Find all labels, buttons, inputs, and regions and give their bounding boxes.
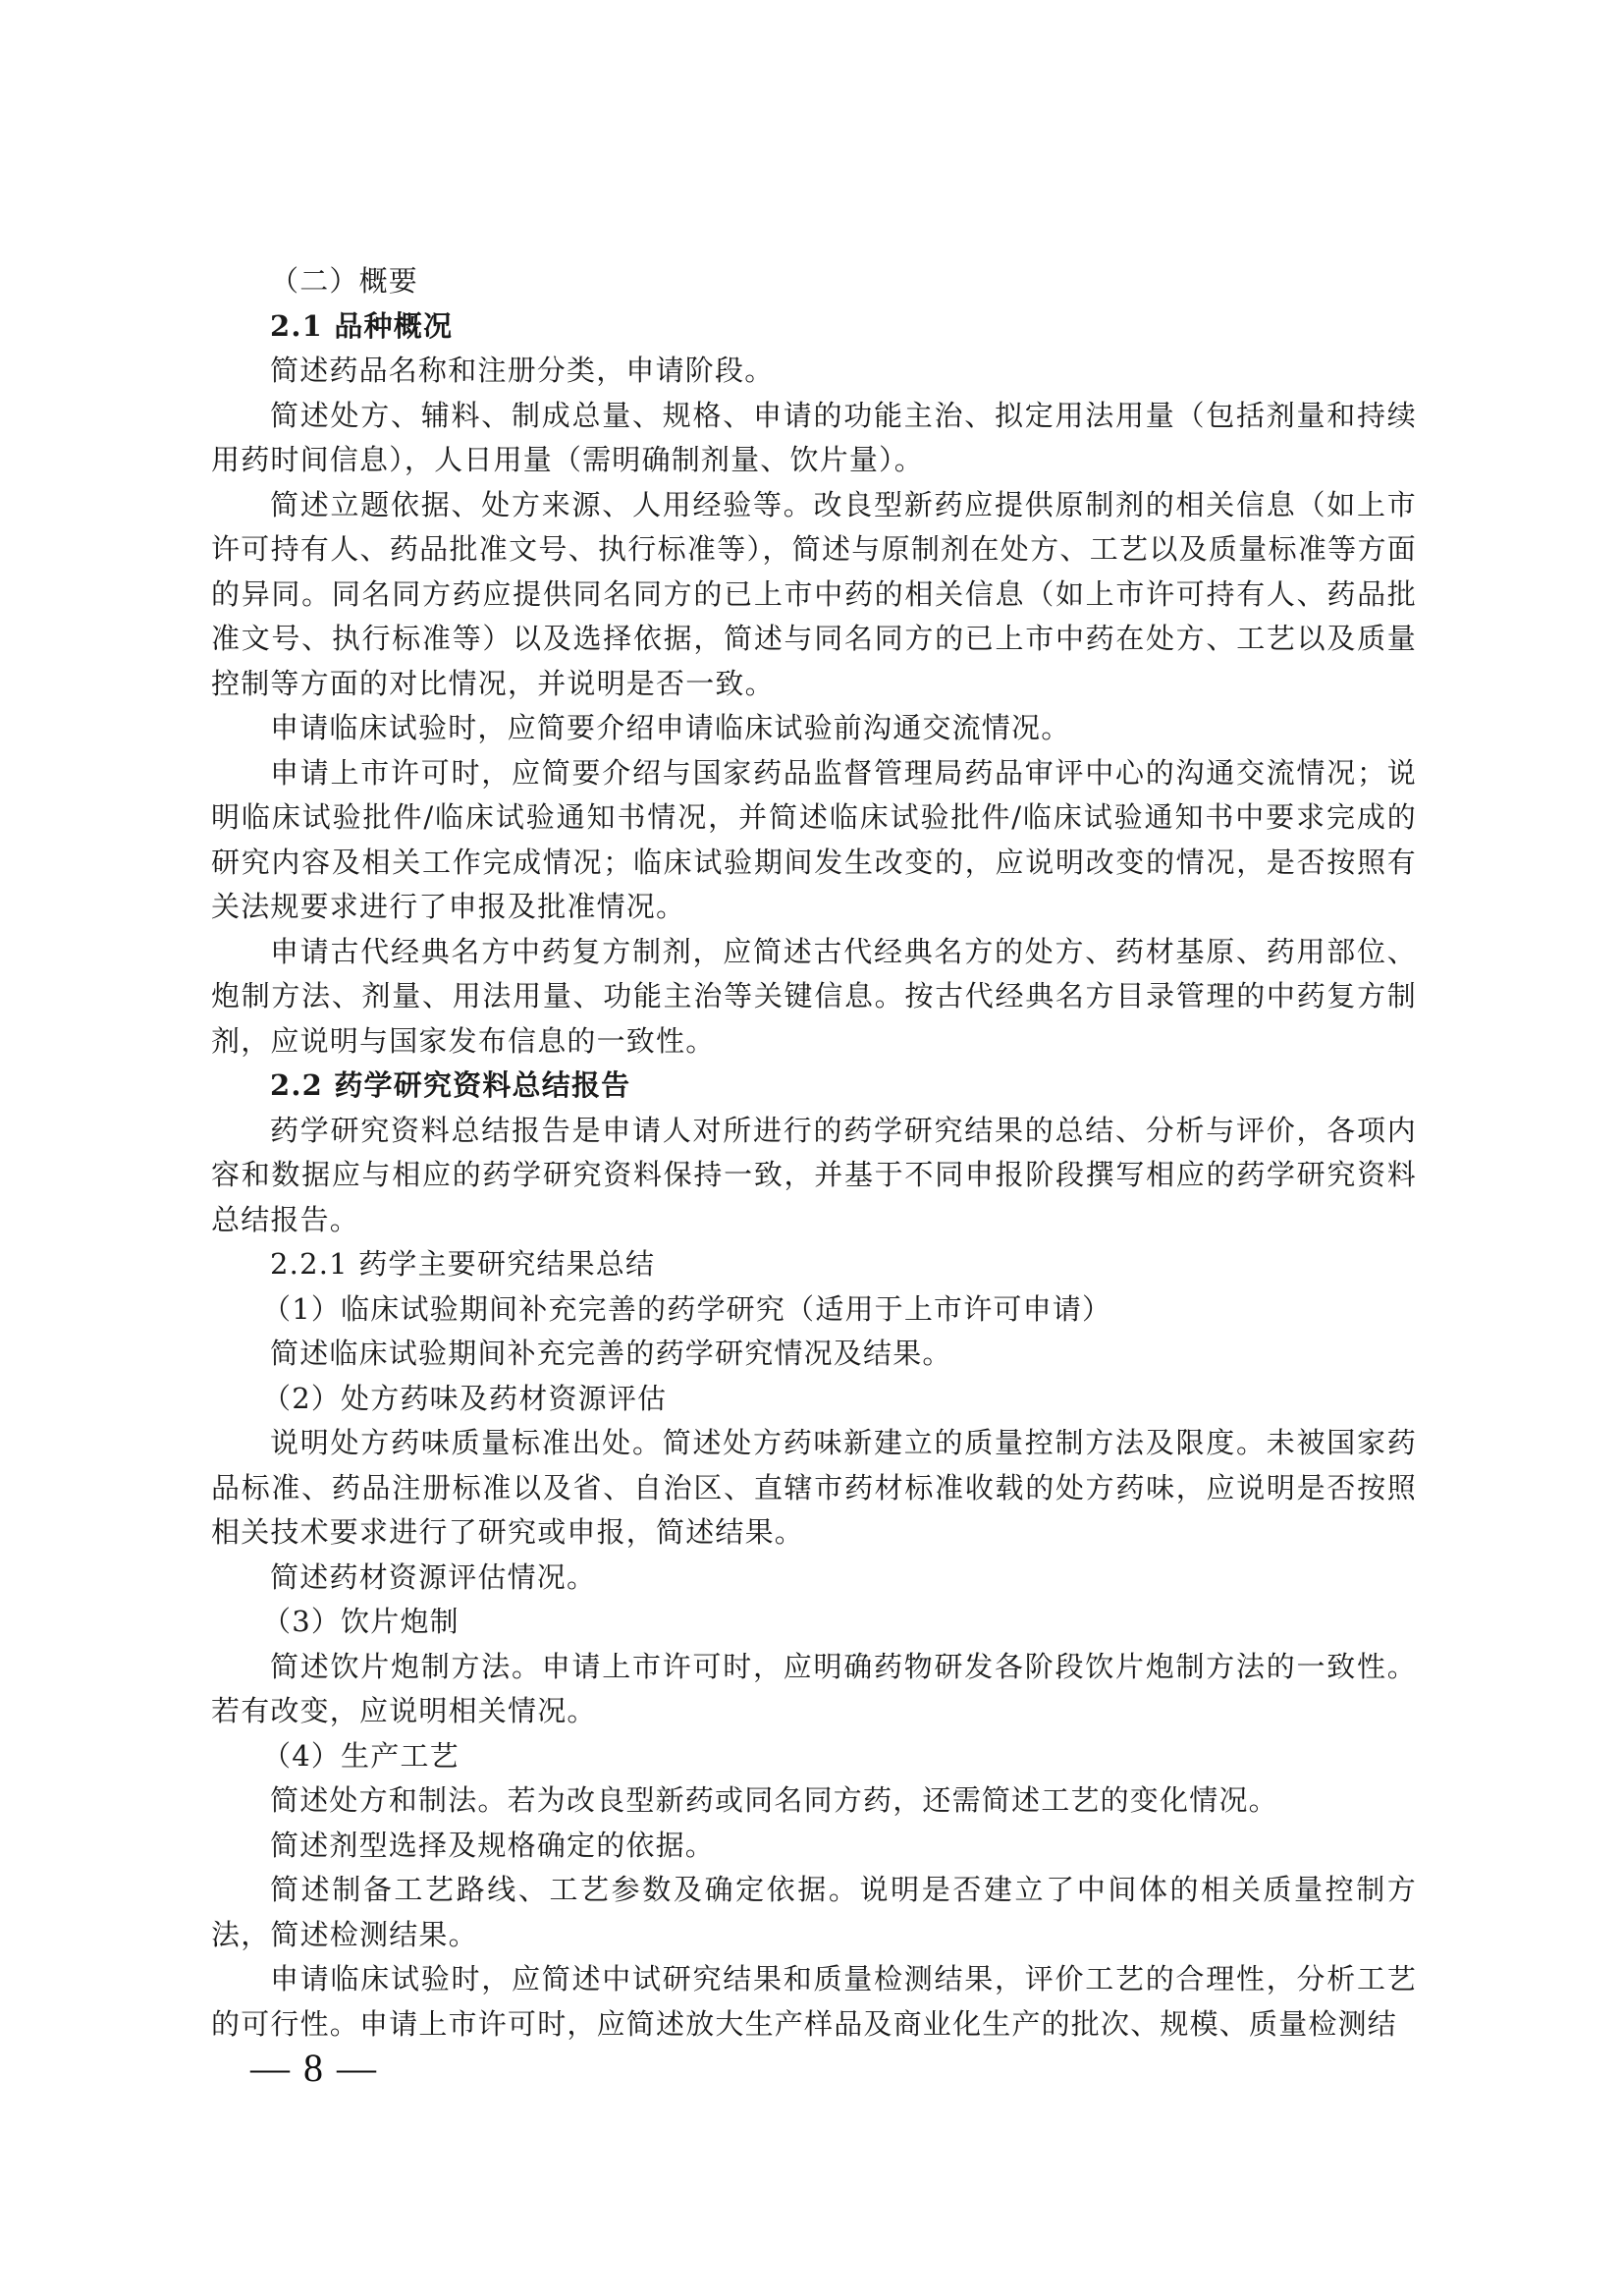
paragraph: 简述剂型选择及规格确定的依据。	[211, 1824, 1417, 1869]
overview-heading: （二）概要	[211, 259, 1417, 304]
paragraph: 申请上市许可时，应简要介绍与国家药品监督管理局药品审评中心的沟通交流情况；说明临…	[211, 751, 1417, 930]
paragraph: 简述药品名称和注册分类，申请阶段。	[211, 349, 1417, 394]
section-2-2-1-heading: 2.2.1 药学主要研究结果总结	[211, 1242, 1417, 1287]
document-page: （二）概要 2.1 品种概况 简述药品名称和注册分类，申请阶段。 简述处方、辅料…	[211, 259, 1417, 2047]
paragraph: 简述处方、辅料、制成总量、规格、申请的功能主治、拟定用法用量（包括剂量和持续用药…	[211, 394, 1417, 483]
subsection-title: （4）生产工艺	[211, 1734, 1417, 1779]
page-number: — 8 —	[250, 2045, 378, 2091]
paragraph: 简述药材资源评估情况。	[211, 1556, 1417, 1601]
paragraph: 简述立题依据、处方来源、人用经验等。改良型新药应提供原制剂的相关信息（如上市许可…	[211, 483, 1417, 707]
subsection-title: （2）处方药味及药材资源评估	[211, 1377, 1417, 1422]
paragraph: 简述制备工艺路线、工艺参数及确定依据。说明是否建立了中间体的相关质量控制方法，简…	[211, 1868, 1417, 1957]
paragraph: 申请古代经典名方中药复方制剂，应简述古代经典名方的处方、药材基原、药用部位、炮制…	[211, 930, 1417, 1065]
paragraph: 说明处方药味质量标准出处。简述处方药味新建立的质量控制方法及限度。未被国家药品标…	[211, 1421, 1417, 1556]
paragraph: 申请临床试验时，应简述中试研究结果和质量检测结果，评价工艺的合理性，分析工艺的可…	[211, 1957, 1417, 2047]
paragraph: 药学研究资料总结报告是申请人对所进行的药学研究结果的总结、分析与评价，各项内容和…	[211, 1109, 1417, 1243]
paragraph: 简述饮片炮制方法。申请上市许可时，应明确药物研发各阶段饮片炮制方法的一致性。若有…	[211, 1645, 1417, 1734]
subsection-title: （1）临床试验期间补充完善的药学研究（适用于上市许可申请）	[211, 1287, 1417, 1333]
paragraph: 申请临床试验时，应简要介绍申请临床试验前沟通交流情况。	[211, 706, 1417, 751]
paragraph: 简述临床试验期间补充完善的药学研究情况及结果。	[211, 1332, 1417, 1377]
subsection-title: （3）饮片炮制	[211, 1600, 1417, 1645]
paragraph: 简述处方和制法。若为改良型新药或同名同方药，还需简述工艺的变化情况。	[211, 1778, 1417, 1824]
section-2-1-heading: 2.1 品种概况	[211, 304, 1417, 350]
section-2-2-heading: 2.2 药学研究资料总结报告	[211, 1064, 1417, 1109]
